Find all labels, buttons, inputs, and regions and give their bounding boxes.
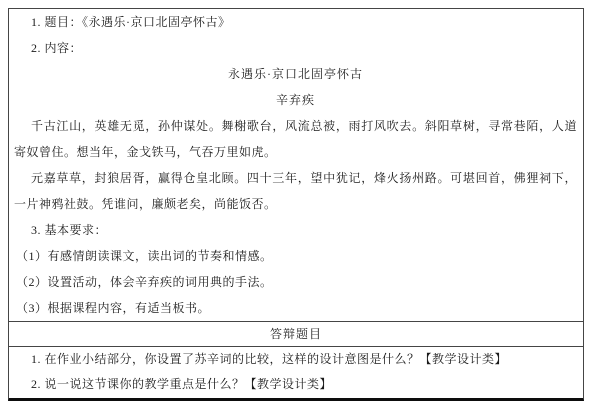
exam-title-line: 1. 题目：《永遇乐·京口北固亭怀古》 bbox=[14, 9, 577, 35]
exam-paper-table: 1. 题目：《永遇乐·京口北固亭怀古》 2. 内容： 永遇乐·京口北固亭怀古 辛… bbox=[8, 8, 584, 401]
requirement-item-2: （2）设置活动，体会辛弃疾的词用典的手法。 bbox=[14, 269, 577, 295]
defense-questions-section: 1. 在作业小结部分，你设置了苏辛词的比较，这样的设计意图是什么？【教学设计类】… bbox=[9, 347, 583, 398]
defense-section-header: 答辩题目 bbox=[9, 321, 583, 347]
question-content-section: 1. 题目：《永遇乐·京口北固亭怀古》 2. 内容： 永遇乐·京口北固亭怀古 辛… bbox=[9, 9, 583, 321]
requirement-item-1: （1）有感情朗读课文，读出词的节奏和情感。 bbox=[14, 243, 577, 269]
defense-question-2: 2. 说一说这节课你的教学重点是什么？【教学设计类】 bbox=[14, 372, 577, 397]
requirements-heading: 3. 基本要求： bbox=[14, 217, 577, 243]
defense-question-1: 1. 在作业小结部分，你设置了苏辛词的比较，这样的设计意图是什么？【教学设计类】 bbox=[14, 347, 577, 372]
poem-stanza-2: 元嘉草草，封狼居胥，赢得仓皇北顾。四十三年，望中犹记，烽火扬州路。可堪回首，佛狸… bbox=[14, 165, 577, 217]
requirement-item-3: （3）根据课程内容，有适当板书。 bbox=[14, 295, 577, 321]
content-label: 2. 内容： bbox=[14, 35, 577, 61]
poem-title: 永遇乐·京口北固亭怀古 bbox=[14, 61, 577, 87]
poem-stanza-1: 千古江山，英雄无觅，孙仲谋处。舞榭歌台，风流总被，雨打风吹去。斜阳草树，寻常巷陌… bbox=[14, 113, 577, 165]
poem-author: 辛弃疾 bbox=[14, 87, 577, 113]
